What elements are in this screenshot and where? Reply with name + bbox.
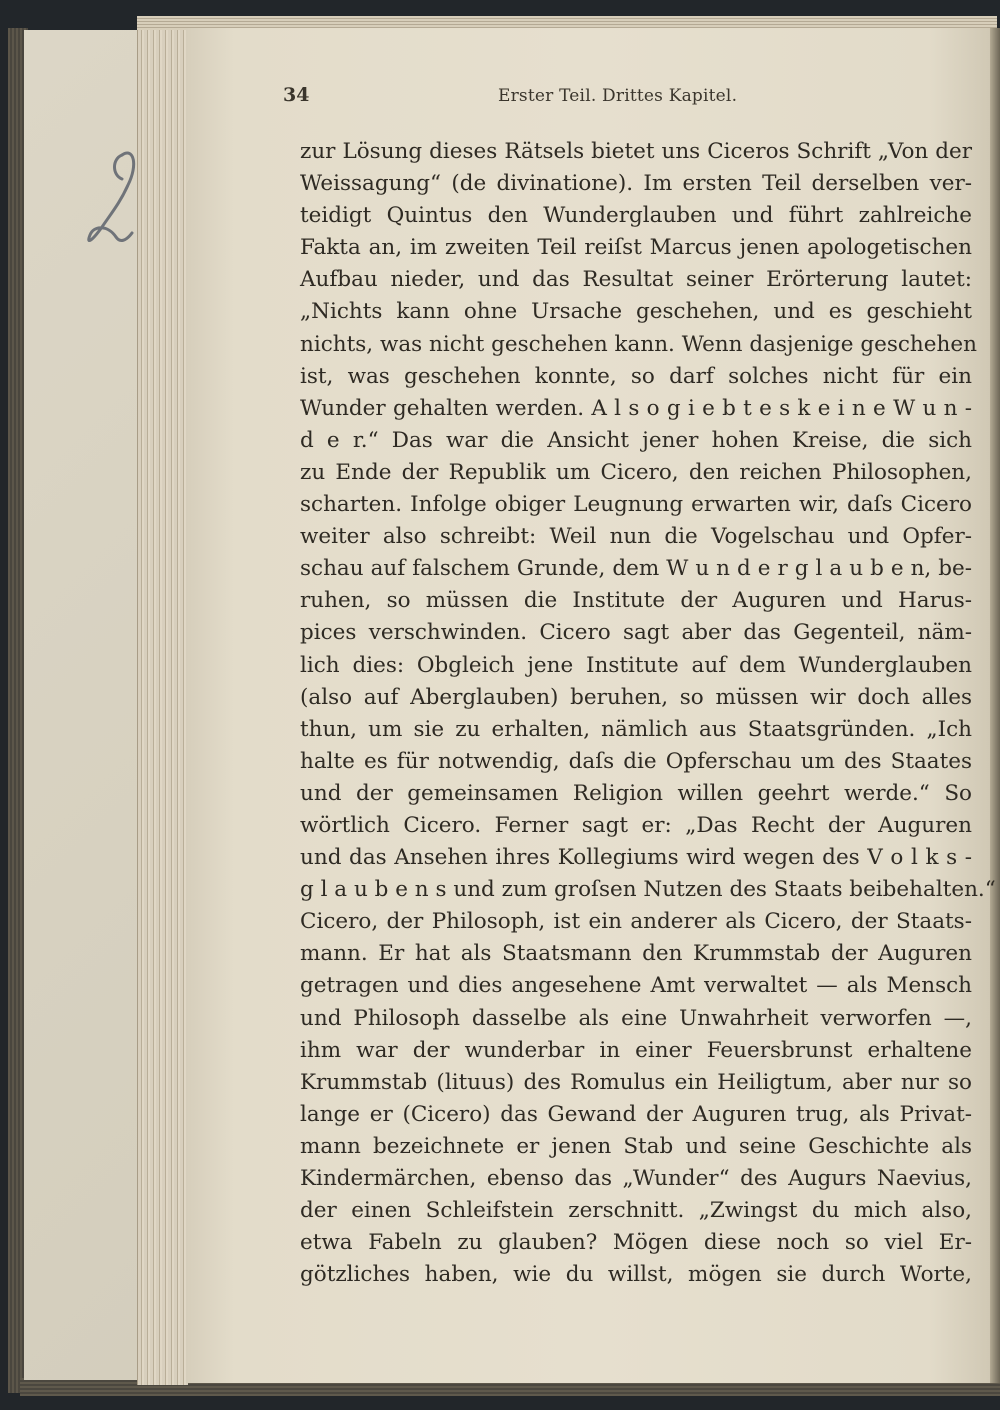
page-number: 34: [283, 84, 309, 106]
text-line: etwa Fabeln zu glauben? Mögen diese noch…: [300, 1227, 972, 1259]
text-line: Fakta an, im zweiten Teil reiſst Marcus …: [300, 232, 972, 264]
text-line: g l a u b e n s und zum groſsen Nutzen d…: [300, 874, 972, 906]
text-line: zu Ende der Republik um Cicero, den reic…: [300, 457, 972, 489]
text-line: Cicero, der Philosoph, ist ein anderer a…: [300, 906, 972, 938]
text-line: und das Ansehen ihres Kollegiums wird we…: [300, 842, 972, 874]
text-line: wörtlich Cicero. Ferner sagt er: „Das Re…: [300, 810, 972, 842]
text-line: scharten. Infolge obiger Leugnung erwart…: [300, 489, 972, 521]
text-line: schau auf falschem Grunde, dem W u n d e…: [300, 553, 972, 585]
text-line: Kindermärchen, ebenso das „Wunder“ des A…: [300, 1163, 972, 1195]
text-line: Wunder gehalten werden. A l s o g i e b …: [300, 393, 972, 425]
text-line: Weissagung“ (de divinatione). Im ersten …: [300, 168, 972, 200]
text-line: und Philosoph dasselbe als eine Unwahrhe…: [300, 1003, 972, 1035]
text-line: getragen und dies angesehene Amt verwalt…: [300, 970, 972, 1002]
text-line: nichts, was nicht geschehen kann. Wenn d…: [300, 329, 972, 361]
text-line: „Nichts kann ohne Ursache geschehen, und…: [300, 296, 972, 328]
text-line: zur Lösung dieses Rätsels bietet uns Cic…: [300, 136, 972, 168]
text-line: d e r.“ Das war die Ansicht jener hohen …: [300, 425, 972, 457]
text-line: götzliches haben, wie du willst, mögen s…: [300, 1259, 972, 1291]
text-line: ruhen, so müssen die Institute der Augur…: [300, 585, 972, 617]
text-line: lich dies: Obgleich jene Institute auf d…: [300, 650, 972, 682]
text-line: ist, was geschehen konnte, so darf solch…: [300, 361, 972, 393]
page-right-edge: [990, 28, 1000, 1383]
text-line: pices verschwinden. Cicero sagt aber das…: [300, 617, 972, 649]
text-line: der einen Schleifstein zerschnitt. „Zwin…: [300, 1195, 972, 1227]
page-stack-edge: [137, 18, 188, 1385]
running-head: 34 Erster Teil. Drittes Kapitel.: [283, 84, 843, 110]
pencil-mark-icon: [82, 145, 142, 255]
chapter-heading: Erster Teil. Drittes Kapitel.: [498, 86, 737, 106]
body-text: zur Lösung dieses Rätsels bietet uns Cic…: [300, 136, 980, 1291]
text-line: mann bezeichnete er jenen Stab und seine…: [300, 1131, 972, 1163]
text-line: halte es für notwendig, daſs die Opfersc…: [300, 746, 972, 778]
text-line: und der gemeinsamen Religion willen geeh…: [300, 778, 972, 810]
text-line: (also auf Aberglauben) beruhen, so müsse…: [300, 682, 972, 714]
text-line: weiter also schreibt: Weil nun die Vogel…: [300, 521, 972, 553]
text-line: mann. Er hat als Staatsmann den Krummsta…: [300, 938, 972, 970]
text-line: Krummstab (lituus) des Romulus ein Heili…: [300, 1067, 972, 1099]
text-line: Aufbau nieder, und das Resultat seiner E…: [300, 264, 972, 296]
text-line: ihm war der wunderbar in einer Feuersbru…: [300, 1035, 972, 1067]
text-line: lange er (Cicero) das Gewand der Auguren…: [300, 1099, 972, 1131]
text-line: teidigt Quintus den Wunderglauben und fü…: [300, 200, 972, 232]
text-line: thun, um sie zu erhalten, nämlich aus St…: [300, 714, 972, 746]
